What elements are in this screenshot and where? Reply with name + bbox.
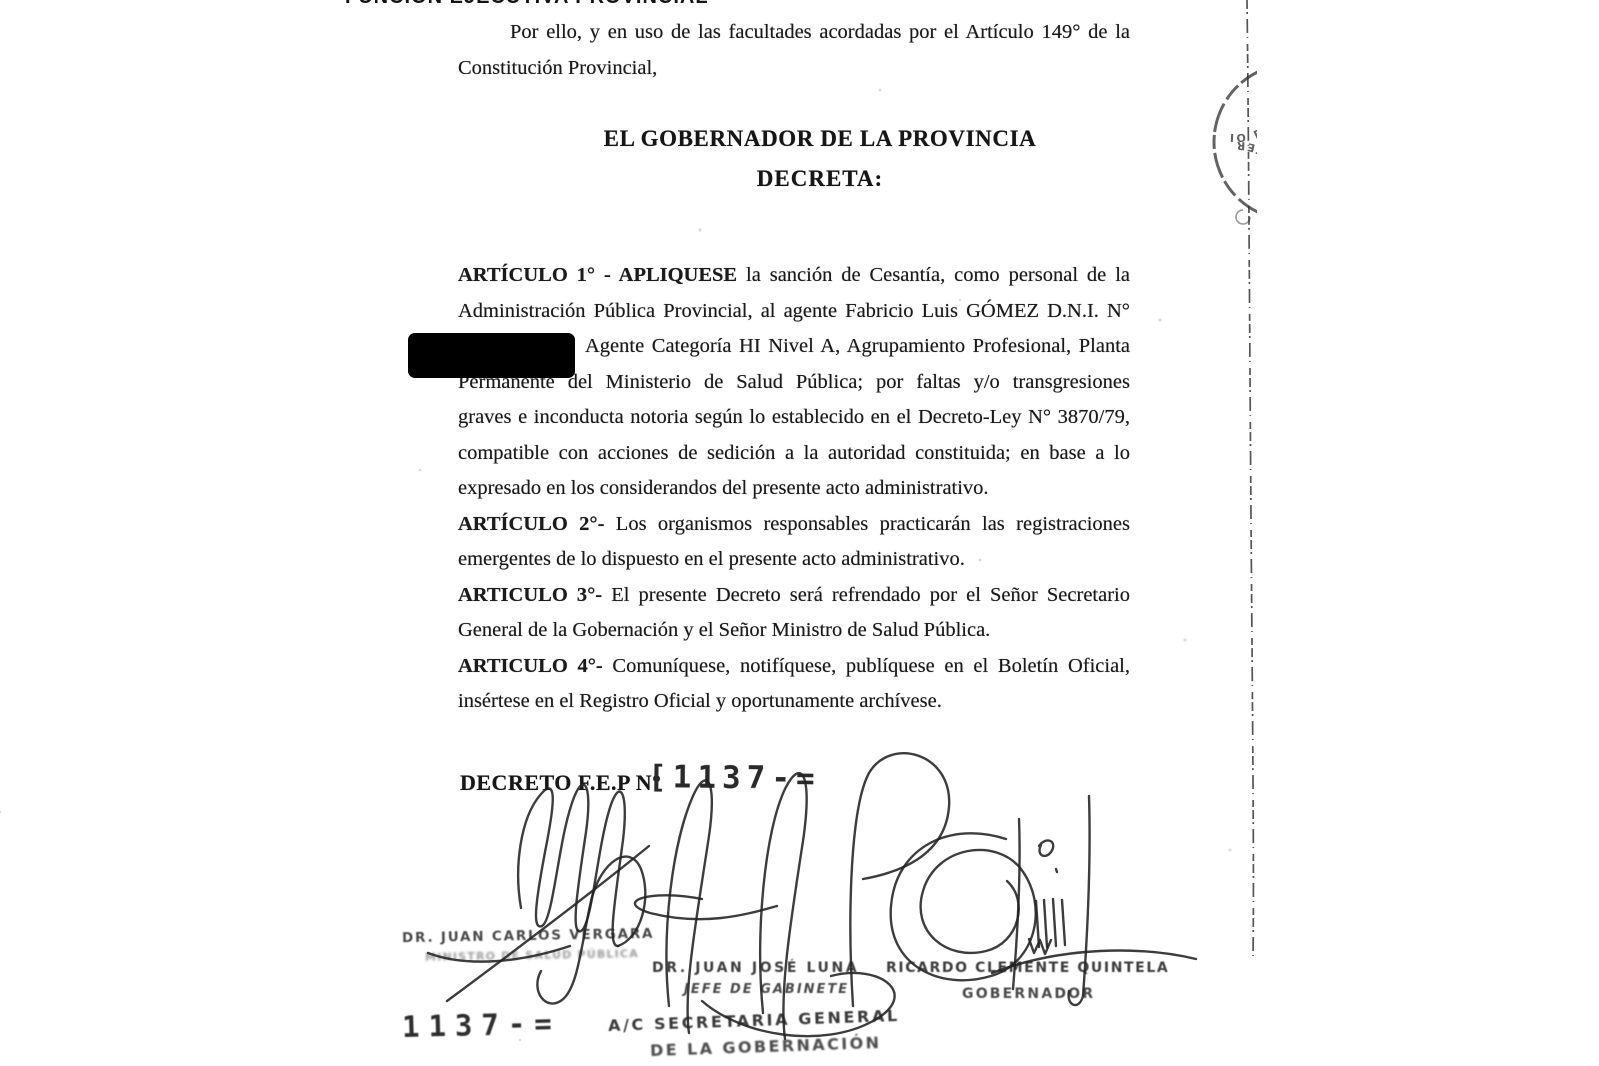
- scan-edge-line: [1247, 0, 1253, 958]
- decree-number-stamp-bottom: 1137-=: [402, 1006, 562, 1044]
- decreta-heading: DECRETA:: [484, 166, 1156, 192]
- vergara-stamp-name: DR. JUAN CARLOS VERGARA: [402, 926, 655, 946]
- signature-vergara: [428, 785, 649, 1004]
- ministry-seal-text: MINISTERIO DE: [1230, 120, 1298, 193]
- luna-stamp-title: JEFE DE GABINETE: [684, 982, 849, 997]
- preamble-line: Por ello, y en uso de las facultades aco…: [458, 15, 1130, 51]
- article-3-lead: ARTICULO 3°-: [458, 584, 602, 606]
- quintela-stamp-name: RICARDO CLEMENTE QUINTELA: [886, 960, 1169, 976]
- body-line: expresado en los considerandos del prese…: [458, 471, 1130, 507]
- body-line: ARTÍCULO 1° - APLIQUESE la sanción de Ce…: [458, 258, 1130, 294]
- body-line: compatible con acciones de sedición a la…: [458, 436, 1130, 472]
- body-line: General de la Gobernación y el Señor Min…: [458, 613, 1130, 649]
- preamble: Por ello, y en uso de las facultades aco…: [458, 15, 1130, 86]
- clipped-header-line: FUNCIÓN EJECUTIVA PROVINCIAL: [345, 0, 717, 9]
- decree-headings: EL GOBERNADOR DE LA PROVINCIA DECRETA:: [484, 126, 1156, 192]
- article-2-lead: ARTÍCULO 2°-: [458, 513, 604, 535]
- decree-number-stamp: [1137-=: [648, 759, 821, 797]
- redaction-box: [408, 333, 575, 378]
- luna-stamp-name: DR. JUAN JOSÉ LUNA: [652, 960, 859, 976]
- vergara-stamp-title: MINISTRO DE SALUD PÚBLICA: [425, 947, 639, 964]
- scanned-decree-page: FUNCIÓN EJECUTIVA PROVINCIAL Por ello, y…: [0, 0, 1599, 1066]
- body-line: graves e inconducta notoria según lo est…: [458, 400, 1130, 436]
- decree-number-label: DECRETO F.E.P N°: [460, 770, 661, 796]
- governor-heading: EL GOBERNADOR DE LA PROVINCIA: [484, 126, 1156, 152]
- body-line: Administración Pública Provincial, al ag…: [458, 294, 1130, 330]
- preamble-line: Constitución Provincial,: [458, 51, 1130, 87]
- body-line: emergentes de lo dispuesto en el present…: [458, 542, 1130, 578]
- clipped-header-text: FUNCIÓN EJECUTIVA PROVINCIAL: [345, 0, 717, 9]
- quintela-stamp-title: GOBERNADOR: [962, 986, 1095, 1002]
- articles-body: ARTÍCULO 1° - APLIQUESE la sanción de Ce…: [458, 258, 1130, 720]
- article-4-lead: ARTICULO 4°-: [458, 655, 603, 677]
- body-line: ARTICULO 3°- El presente Decreto será re…: [458, 578, 1130, 614]
- svg-text:MINISTERIO DE: MINISTERIO DE: [1230, 120, 1298, 193]
- secretaria-stamp-line2: DE LA GOBERNACIÓN: [650, 1033, 882, 1060]
- body-line: insértese en el Registro Oficial y oport…: [458, 684, 1130, 720]
- body-line: ARTÍCULO 2°- Los organismos responsables…: [458, 507, 1130, 543]
- body-line: ARTICULO 4°- Comuníquese, notifíquese, p…: [458, 649, 1130, 685]
- article-1-lead: ARTÍCULO 1° - APLIQUESE: [458, 264, 737, 286]
- secretaria-stamp-line1: A/C SECRETARIA GENERAL: [608, 1006, 900, 1035]
- ministry-seal-icon: MINISTERIO DE: [1214, 64, 1370, 224]
